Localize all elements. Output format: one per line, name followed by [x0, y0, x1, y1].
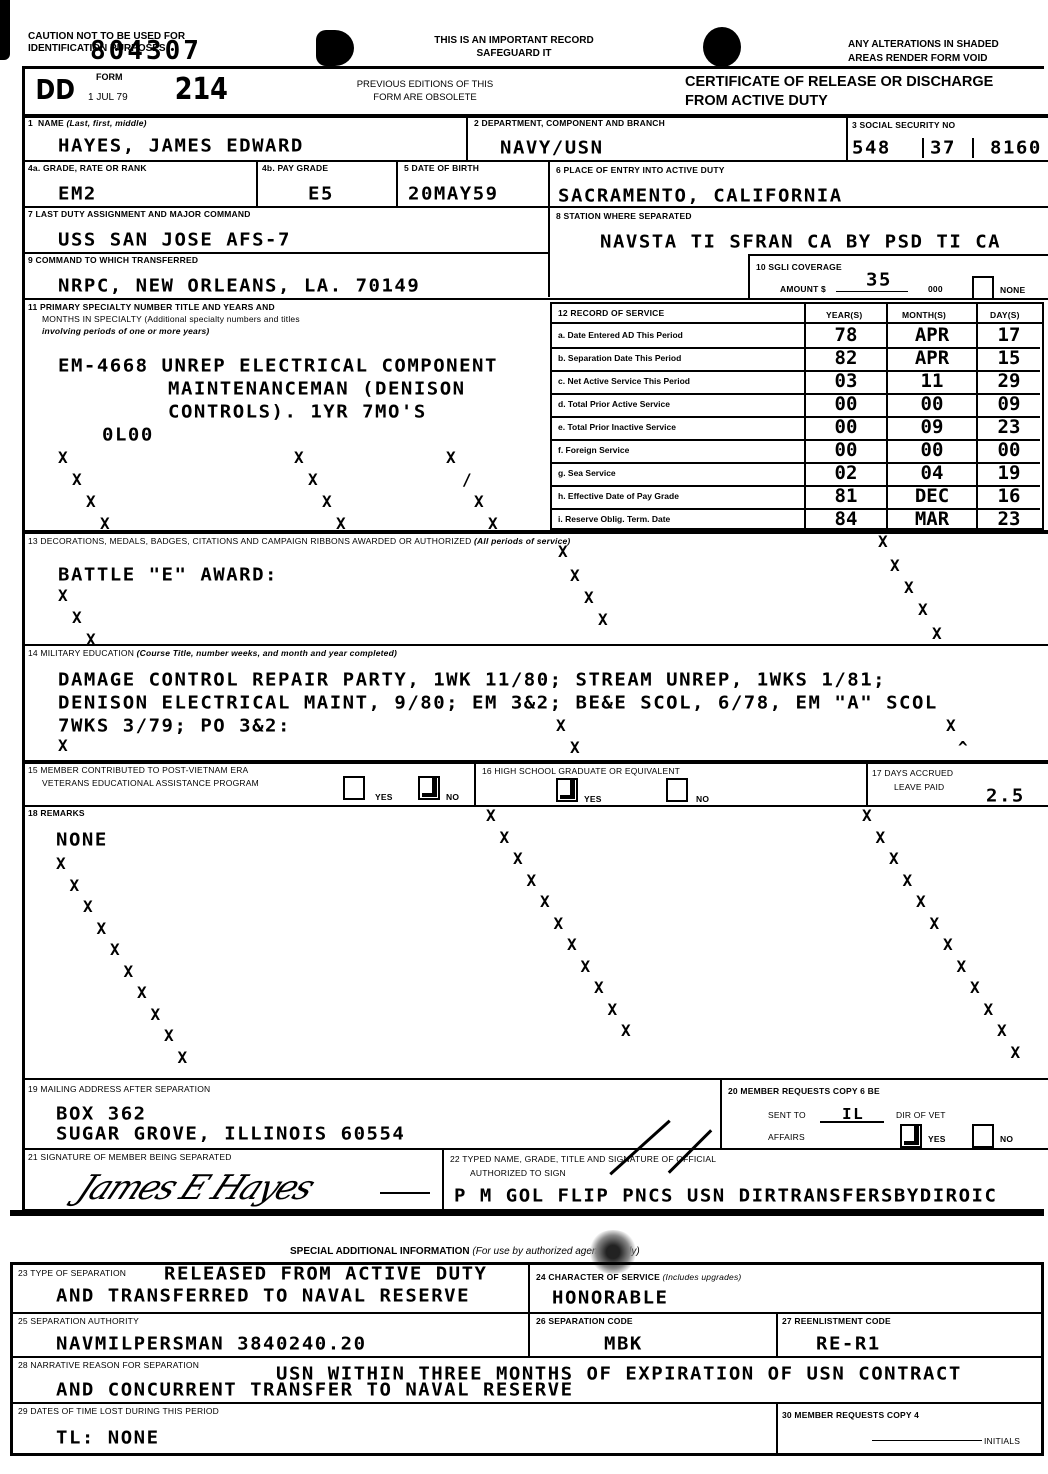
row-year-value[interactable]: 84 — [806, 508, 886, 530]
void-mark: X — [124, 964, 134, 980]
form-word: FORM — [96, 72, 123, 82]
separation-authority-label: 25 SEPARATION AUTHORITY — [18, 1316, 139, 1326]
divider — [10, 1210, 1044, 1216]
sgli-none-checkbox[interactable] — [972, 276, 994, 300]
void-mark: X — [594, 980, 604, 996]
row-month-value[interactable]: 00 — [888, 393, 976, 415]
place-of-entry-value[interactable]: SACRAMENTO, CALIFORNIA — [558, 187, 843, 206]
narrative-reason-label: 28 NARRATIVE REASON FOR SEPARATION — [18, 1360, 199, 1370]
divider — [466, 116, 468, 160]
time-lost-label: 29 DATES OF TIME LOST DURING THIS PERIOD — [18, 1406, 219, 1416]
row-month-value[interactable]: MAR — [888, 508, 976, 530]
station-separated-value[interactable]: NAVSTA TI SFRAN CA BY PSD TI CA — [600, 233, 1001, 252]
decorations-value[interactable]: BATTLE "E" AWARD: — [58, 566, 278, 585]
record-of-service-row: d. Total Prior Active Service000009 — [550, 393, 1040, 418]
form-prefix: DD — [35, 73, 75, 106]
row-label: i. Reserve Oblig. Term. Date — [558, 514, 670, 524]
time-lost-value[interactable]: TL: NONE — [56, 1429, 160, 1448]
row-day-value[interactable]: 29 — [978, 370, 1040, 392]
left-edge-smudge — [0, 0, 10, 60]
specialty-line-2[interactable]: MAINTENANCEMAN (DENISON — [168, 380, 466, 399]
row-label: h. Effective Date of Pay Grade — [558, 491, 679, 501]
void-mark: X — [957, 959, 967, 975]
reenlistment-code-label: 27 REENLISTMENT CODE — [782, 1316, 891, 1326]
void-mark: X — [294, 450, 304, 466]
void-mark: X — [527, 873, 537, 889]
divider — [748, 254, 1048, 256]
row-year-value[interactable]: 02 — [806, 462, 886, 484]
void-mark: X — [58, 450, 68, 466]
copy6-affairs-label: AFFAIRS — [768, 1132, 805, 1142]
void-mark: X — [903, 873, 913, 889]
void-mark: X — [570, 568, 580, 584]
mailing-address-line-2[interactable]: SUGAR GROVE, ILLINOIS 60554 — [56, 1125, 405, 1144]
void-mark: / — [462, 472, 472, 488]
character-of-service-label: 24 CHARACTER OF SERVICE (Includes upgrad… — [536, 1272, 741, 1282]
row-day-value[interactable]: 19 — [978, 462, 1040, 484]
copy6-sent-to-value[interactable]: IL — [842, 1105, 864, 1124]
divider — [22, 1148, 1048, 1150]
grade-label: 4a. GRADE, RATE OR RANK — [28, 163, 147, 173]
void-mark: X — [540, 894, 550, 910]
veap-label: 15 MEMBER CONTRIBUTED TO POST-VIETNAM ER… — [28, 764, 259, 790]
void-mark: X — [1011, 1045, 1021, 1061]
row-month-value[interactable]: 00 — [888, 439, 976, 461]
void-mark: X — [86, 494, 96, 510]
separation-type-line-1[interactable]: RELEASED FROM ACTIVE DUTY — [164, 1265, 487, 1284]
void-mark: ^ — [958, 740, 968, 756]
void-mark: X — [918, 602, 928, 618]
void-mark: X — [556, 718, 566, 734]
void-mark: X — [608, 1002, 618, 1018]
divider — [256, 161, 258, 206]
row-year-value[interactable]: 03 — [806, 370, 886, 392]
record-of-service-row: a. Date Entered AD This Period78APR17 — [550, 324, 1040, 349]
important-record-notice: THIS IS AN IMPORTANT RECORD SAFEGUARD IT — [414, 34, 614, 60]
divider — [748, 254, 750, 300]
void-mark: X — [930, 916, 940, 932]
row-label: g. Sea Service — [558, 468, 616, 478]
row-year-value[interactable]: 00 — [806, 439, 886, 461]
ssn-part-a[interactable]: 548 — [852, 139, 891, 158]
void-mark: X — [500, 830, 510, 846]
void-mark: X — [178, 1050, 188, 1066]
sgli-label: 10 SGLI COVERAGE — [756, 262, 842, 272]
row-day-value[interactable]: 16 — [978, 485, 1040, 507]
stamp-number: 804307 — [90, 36, 202, 66]
divider — [922, 138, 924, 158]
veap-no-label: NO — [446, 792, 459, 802]
void-mark: X — [558, 544, 568, 560]
divider — [22, 252, 548, 254]
row-label: d. Total Prior Active Service — [558, 399, 670, 409]
row-day-value[interactable]: 09 — [978, 393, 1040, 415]
copy6-dir-label: DIR OF VET — [896, 1110, 946, 1120]
sgli-amount-suffix: 000 — [928, 284, 943, 294]
row-label: a. Date Entered AD This Period — [558, 330, 683, 340]
high-school-no-checkbox[interactable] — [666, 778, 688, 802]
void-mark: X — [946, 718, 956, 734]
void-mark: X — [83, 899, 93, 915]
void-mark: X — [58, 588, 68, 604]
void-mark: X — [878, 534, 888, 550]
copy4-initials-line — [872, 1440, 982, 1441]
void-mark: X — [970, 980, 980, 996]
veap-no-checkbox[interactable] — [418, 776, 440, 800]
row-month-value[interactable]: 11 — [888, 370, 976, 392]
sgli-amount-label: AMOUNT $ — [780, 284, 826, 294]
military-education-line-3[interactable]: 7WKS 3/79; PO 3&2: — [58, 717, 291, 736]
ssn-part-b[interactable]: 37 — [930, 139, 956, 158]
void-mark: X — [58, 738, 68, 754]
void-mark: X — [97, 921, 107, 937]
station-separated-label: 8 STATION WHERE SEPARATED — [556, 211, 692, 221]
form-number: 214 — [175, 72, 228, 107]
department-label: 2 DEPARTMENT, COMPONENT AND BRANCH — [474, 118, 665, 128]
copy4-label: 30 MEMBER REQUESTS COPY 4 — [782, 1410, 919, 1420]
character-of-service-value[interactable]: HONORABLE — [552, 1289, 668, 1308]
divider — [528, 1312, 530, 1356]
divider — [10, 1402, 1044, 1404]
dob-label: 5 DATE OF BIRTH — [404, 163, 479, 173]
copy6-sent-to-label: SENT TO — [768, 1110, 806, 1120]
record-of-service-row: e. Total Prior Inactive Service000923 — [550, 416, 1040, 441]
void-mark: X — [581, 959, 591, 975]
signature-stroke — [380, 1192, 430, 1194]
void-mark: X — [570, 740, 580, 756]
row-label: f. Foreign Service — [558, 445, 629, 455]
void-mark: X — [932, 626, 942, 642]
separation-code-label: 26 SEPARATION CODE — [536, 1316, 633, 1326]
divider — [846, 116, 848, 160]
copy6-label: 20 MEMBER REQUESTS COPY 6 BE — [728, 1086, 880, 1096]
divider — [776, 1312, 778, 1356]
divider — [474, 762, 476, 806]
divider — [442, 1150, 444, 1210]
leave-paid-value[interactable]: 2.5 — [986, 787, 1025, 806]
copy6-no-checkbox[interactable] — [972, 1124, 994, 1148]
row-day-value[interactable]: 17 — [978, 324, 1040, 346]
decorations-label: 13 DECORATIONS, MEDALS, BADGES, CITATION… — [28, 536, 570, 546]
last-duty-value[interactable]: USS SAN JOSE AFS-7 — [58, 231, 291, 250]
divider — [528, 1264, 530, 1314]
record-of-service-row: i. Reserve Oblig. Term. Date84MAR23 — [550, 508, 1040, 531]
row-year-value[interactable]: 00 — [806, 393, 886, 415]
divider — [22, 206, 1048, 208]
column-header-year: YEAR(S) — [826, 310, 862, 320]
separation-type-line-2[interactable]: AND TRANSFERRED TO NAVAL RESERVE — [56, 1287, 470, 1306]
punch-hole-left — [316, 30, 354, 66]
divider — [22, 298, 1048, 300]
void-mark: X — [474, 494, 484, 510]
pay-grade-label: 4b. PAY GRADE — [262, 163, 328, 173]
remarks-value[interactable]: NONE — [56, 831, 108, 850]
row-year-value[interactable]: 82 — [806, 347, 886, 369]
void-mark: X — [164, 1028, 174, 1044]
high-school-yes-checkbox[interactable] — [556, 778, 578, 802]
divider — [396, 161, 398, 206]
separation-code-value[interactable]: MBK — [604, 1335, 643, 1354]
copy6-no-label: NO — [1000, 1134, 1013, 1144]
divider — [972, 138, 974, 158]
row-label: b. Separation Date This Period — [558, 353, 681, 363]
record-of-service-row: c. Net Active Service This Period031129 — [550, 370, 1040, 395]
dob-value[interactable]: 20MAY59 — [408, 185, 499, 204]
command-transferred-label: 9 COMMAND TO WHICH TRANSFERRED — [28, 255, 198, 265]
row-month-value[interactable]: APR — [888, 347, 976, 369]
form-title: CERTIFICATE OF RELEASE OR DISCHARGE FROM… — [685, 73, 993, 111]
row-month-value[interactable]: DEC — [888, 485, 976, 507]
alterations-notice: ANY ALTERATIONS IN SHADED AREAS RENDER F… — [848, 38, 999, 66]
void-mark: X — [621, 1023, 631, 1039]
punch-hole-right — [703, 27, 741, 67]
void-mark: X — [151, 1007, 161, 1023]
grade-value[interactable]: EM2 — [58, 185, 97, 204]
divider — [22, 644, 1048, 646]
narrative-reason-line-2[interactable]: AND CONCURRENT TRANSFER TO NAVAL RESERVE — [56, 1381, 574, 1400]
void-mark: X — [322, 494, 332, 510]
last-duty-label: 7 LAST DUTY ASSIGNMENT AND MAJOR COMMAND — [28, 209, 251, 219]
row-month-value[interactable]: APR — [888, 324, 976, 346]
copy4-initials-label: INITIALS — [984, 1436, 1020, 1446]
copy6-yes-checkbox[interactable] — [900, 1124, 922, 1148]
reenlistment-code-value[interactable]: RE-R1 — [816, 1335, 881, 1354]
void-mark: X — [584, 590, 594, 606]
previous-editions-notice: PREVIOUS EDITIONS OF THIS FORM ARE OBSOL… — [320, 78, 530, 104]
high-school-label: 16 HIGH SCHOOL GRADUATE OR EQUIVALENT — [482, 766, 680, 776]
void-mark: X — [943, 937, 953, 953]
void-mark: X — [984, 1002, 994, 1018]
specialty-line-4[interactable]: 0L00 — [102, 426, 154, 445]
name-value[interactable]: HAYES, JAMES EDWARD — [58, 137, 304, 156]
military-education-label: 14 MILITARY EDUCATION (Course Title, num… — [28, 648, 397, 658]
void-mark: X — [890, 558, 900, 574]
military-education-line-1[interactable]: DAMAGE CONTROL REPAIR PARTY, 1WK 11/80; … — [58, 671, 886, 690]
void-mark: X — [110, 942, 120, 958]
copy6-yes-label: YES — [928, 1134, 946, 1144]
void-mark: X — [916, 894, 926, 910]
row-year-value[interactable]: 78 — [806, 324, 886, 346]
separation-authority-value[interactable]: NAVMILPERSMAN 3840240.20 — [56, 1335, 367, 1354]
divider — [548, 161, 550, 297]
row-label: c. Net Active Service This Period — [558, 376, 690, 386]
void-mark: X — [997, 1023, 1007, 1039]
divider — [22, 530, 1048, 534]
void-mark: X — [513, 851, 523, 867]
ssn-label: 3 SOCIAL SECURITY NO — [852, 120, 955, 130]
divider — [10, 1312, 1044, 1314]
row-day-value[interactable]: 15 — [978, 347, 1040, 369]
divider — [22, 805, 1048, 807]
void-mark: X — [554, 916, 564, 932]
void-mark: X — [889, 851, 899, 867]
record-of-service-row: h. Effective Date of Pay Grade81DEC16 — [550, 485, 1040, 510]
specialty-label: 11 PRIMARY SPECIALTY NUMBER TITLE AND YE… — [28, 301, 300, 337]
row-month-value[interactable]: 04 — [888, 462, 976, 484]
void-mark: X — [137, 985, 147, 1001]
row-month-value[interactable]: 09 — [888, 416, 976, 438]
member-signature-label: 21 SIGNATURE OF MEMBER BEING SEPARATED — [28, 1152, 232, 1162]
mailing-address-label: 19 MAILING ADDRESS AFTER SEPARATION — [28, 1084, 210, 1094]
veap-yes-checkbox[interactable] — [343, 776, 365, 800]
name-label: 1 NAME (Last, first, middle) — [28, 118, 147, 128]
remarks-label: 18 REMARKS — [28, 808, 85, 818]
ssn-part-c[interactable]: 8160 — [990, 139, 1042, 158]
divider — [866, 762, 868, 806]
void-mark: X — [72, 610, 82, 626]
void-mark: X — [70, 878, 80, 894]
column-header-month: MONTH(S) — [902, 310, 946, 320]
record-of-service-row: b. Separation Date This Period82APR15 — [550, 347, 1040, 372]
row-day-value[interactable]: 23 — [978, 416, 1040, 438]
mailing-address-line-1[interactable]: BOX 362 — [56, 1105, 147, 1124]
divider — [10, 1356, 1044, 1358]
official-value[interactable]: P M GOL FLIP PNCS USN DIRTRANSFERSBYDIRO… — [454, 1187, 997, 1206]
column-header-day: DAY(S) — [990, 310, 1020, 320]
department-value[interactable]: NAVY/USN — [500, 139, 604, 158]
separation-type-label: 23 TYPE OF SEPARATION — [18, 1268, 126, 1278]
veap-yes-label: YES — [375, 792, 393, 802]
void-mark: X — [876, 830, 886, 846]
row-label: e. Total Prior Inactive Service — [558, 422, 676, 432]
divider — [776, 1404, 778, 1456]
sgli-none-label: NONE — [1000, 285, 1025, 295]
void-mark: X — [567, 937, 577, 953]
void-mark: X — [862, 808, 872, 824]
record-of-service-row: f. Foreign Service000000 — [550, 439, 1040, 464]
sgli-amount-underline — [836, 291, 908, 292]
place-of-entry-label: 6 PLACE OF ENTRY INTO ACTIVE DUTY — [556, 165, 725, 175]
record-of-service-row: g. Sea Service020419 — [550, 462, 1040, 487]
leave-paid-label: 17 DAYS ACCRUED LEAVE PAID — [872, 766, 953, 794]
specialty-line-3[interactable]: CONTROLS). 1YR 7MO'S — [168, 403, 427, 422]
specialty-line-1[interactable]: EM-4668 UNREP ELECTRICAL COMPONENT — [58, 357, 498, 376]
divider — [720, 1080, 722, 1150]
void-mark: X — [904, 580, 914, 596]
void-mark: X — [308, 472, 318, 488]
divider — [22, 160, 1048, 162]
divider — [22, 1078, 1048, 1080]
sgli-amount-value[interactable]: 35 — [866, 271, 892, 290]
row-day-value[interactable]: 23 — [978, 508, 1040, 530]
pay-grade-value[interactable]: E5 — [308, 185, 334, 204]
form-date: 1 JUL 79 — [88, 92, 128, 103]
void-mark: X — [56, 856, 66, 872]
member-signature[interactable]: James E Hayes — [71, 1168, 320, 1208]
void-mark: X — [72, 472, 82, 488]
void-mark: X — [446, 450, 456, 466]
void-mark: X — [598, 612, 608, 628]
row-year-value[interactable]: 00 — [806, 416, 886, 438]
high-school-yes-label: YES — [584, 794, 602, 804]
military-education-line-2[interactable]: DENISON ELECTRICAL MAINT, 9/80; EM 3&2; … — [58, 694, 938, 713]
row-day-value[interactable]: 00 — [978, 439, 1040, 461]
high-school-no-label: NO — [696, 794, 709, 804]
command-transferred-value[interactable]: NRPC, NEW ORLEANS, LA. 70149 — [58, 277, 420, 296]
record-of-service-label: 12 RECORD OF SERVICE — [558, 308, 664, 318]
row-year-value[interactable]: 81 — [806, 485, 886, 507]
void-mark: X — [486, 808, 496, 824]
